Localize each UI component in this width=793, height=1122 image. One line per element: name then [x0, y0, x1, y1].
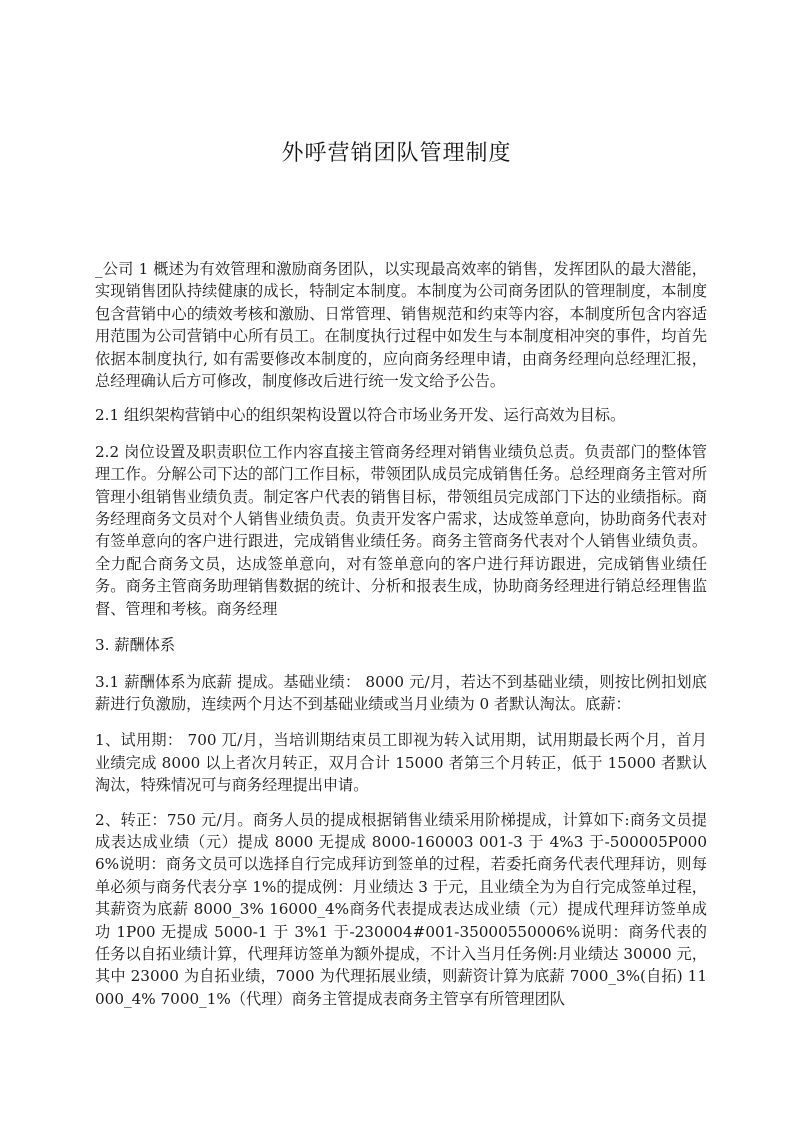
paragraph-org-structure: 2.1 组织架构营销中心的组织架构设置以符合市场业务开发、运行高效为目标。	[95, 404, 707, 426]
paragraph-compensation-system: 3.1 薪酬体系为底薪 提成。基础业绩： 8000 元/月，若达不到基础业绩，则…	[95, 671, 707, 716]
paragraph-positions: 2.2 岗位设置及职责职位工作内容直接主管商务经理对销售业绩负总责。负责部门的整…	[95, 441, 707, 620]
document-body: _公司 1 概述为有效管理和激励商务团队，以实现最高效率的销售，发挥团队的最大潜…	[95, 258, 707, 1010]
document-title: 外呼营销团队管理制度	[0, 136, 793, 167]
paragraph-probation: 1、试用期： 700 兀/月，当培训期结束员工即视为转入试用期，试用期最长两个月…	[95, 729, 707, 796]
paragraph-regular-employment: 2、转正：750 元/月。商务人员的提成根据销售业绩采用阶梯提成，计算如下:商务…	[95, 809, 707, 1011]
paragraph-overview: _公司 1 概述为有效管理和激励商务团队，以实现最高效率的销售，发挥团队的最大潜…	[95, 258, 707, 392]
section-heading-compensation: 3. 薪酬体系	[95, 634, 707, 656]
